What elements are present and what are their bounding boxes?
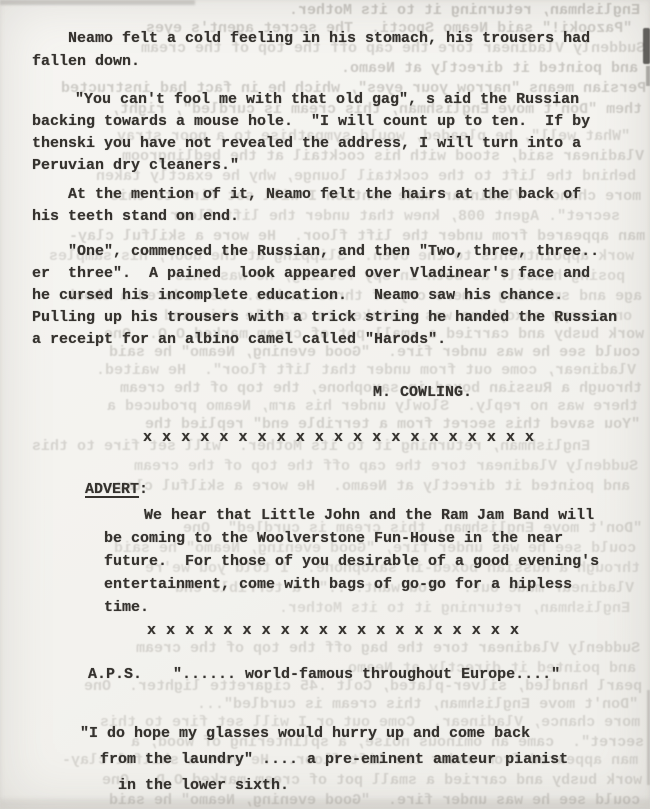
bleedthrough-line: "Don't move Englishman, this cream is cu…: [197, 696, 638, 713]
postscript-quote: "...... world-famous throughout Europe..…: [173, 666, 560, 683]
story-line: he cursed his incomplete education. Neam…: [32, 287, 563, 305]
story-line: At the mention of it, Neamo felt the hai…: [68, 186, 581, 204]
story-line: his teeth stand on end.: [32, 208, 239, 226]
advert-heading-text: ADVERT: [85, 481, 139, 498]
scanned-typewritten-page: Englishman, returning it to its Mother. …: [0, 0, 650, 809]
bleedthrough-line: Suddenly Vladinear tore the cap off the …: [134, 458, 638, 475]
story-line: backing towards a mouse hole. "I will co…: [32, 113, 590, 131]
scan-artifact-bottom-shadow: [0, 799, 650, 809]
bleedthrough-line: Englishman, returning it to its Mother.: [289, 2, 640, 19]
scan-artifact-right-mark: [643, 28, 650, 64]
story-line: "You can't fool me with that old gag", s…: [75, 91, 579, 109]
advert-heading-colon: :: [139, 481, 148, 498]
advert-line: be coming to the Woolverstone Fun-House …: [104, 530, 563, 548]
story-line: thenski you have not revealed the addres…: [32, 135, 581, 153]
bleedthrough-line: and pointed it directly at Neamo. He wor…: [108, 478, 630, 495]
advert-line: We hear that Little John and the Ram Jam…: [144, 507, 594, 525]
advert-heading: ADVERT:: [85, 481, 148, 499]
bleedthrough-line: Vladinear, come out from under that lift…: [96, 362, 636, 379]
story-line: "One", commenced the Russian, and then "…: [68, 243, 599, 261]
story-line: Peruvian dry cleaners.": [32, 157, 239, 175]
postscript-line: A.P.S."...... world-famous throughout Eu…: [88, 666, 560, 684]
closing-line: "I do hope my glasses would hurry up and…: [80, 725, 530, 743]
story-line: a receipt for an albino camel called "Ha…: [32, 331, 446, 349]
advert-line: time.: [104, 599, 149, 617]
separator-row: x x x x x x x x x x x x x x x x x x x x …: [143, 429, 535, 447]
scan-artifact-top-streak: [0, 0, 195, 5]
bleedthrough-line: and pointed it directly at Neamo.: [341, 60, 638, 77]
story-line: Pulling up his trousers with a trick str…: [32, 309, 617, 327]
story-line: fallen down.: [32, 53, 140, 71]
author-signature: M. COWLING.: [373, 384, 472, 402]
advert-line: entertainment, come with bags of go-go f…: [104, 576, 572, 594]
separator-row: x x x x x x x x x x x x x x x x x x x x: [147, 622, 520, 640]
closing-line: from the laundry" .... a pre-eminent ama…: [100, 751, 568, 769]
scan-artifact-right-mark: [646, 66, 650, 86]
advert-line: future. For those of you desirable of a …: [104, 553, 599, 571]
bleedthrough-line: Englishman, returning it to its Mother.: [279, 600, 630, 617]
story-line: er three". A pained look appeared over V…: [32, 265, 590, 283]
story-line: Neamo felt a cold feeling in his stomach…: [68, 30, 590, 48]
closing-line: in the lower sixth.: [118, 777, 289, 795]
postscript-label: A.P.S.: [88, 666, 142, 683]
bleedthrough-line: Suddenly Vladinear tore the bag off the …: [136, 640, 640, 657]
